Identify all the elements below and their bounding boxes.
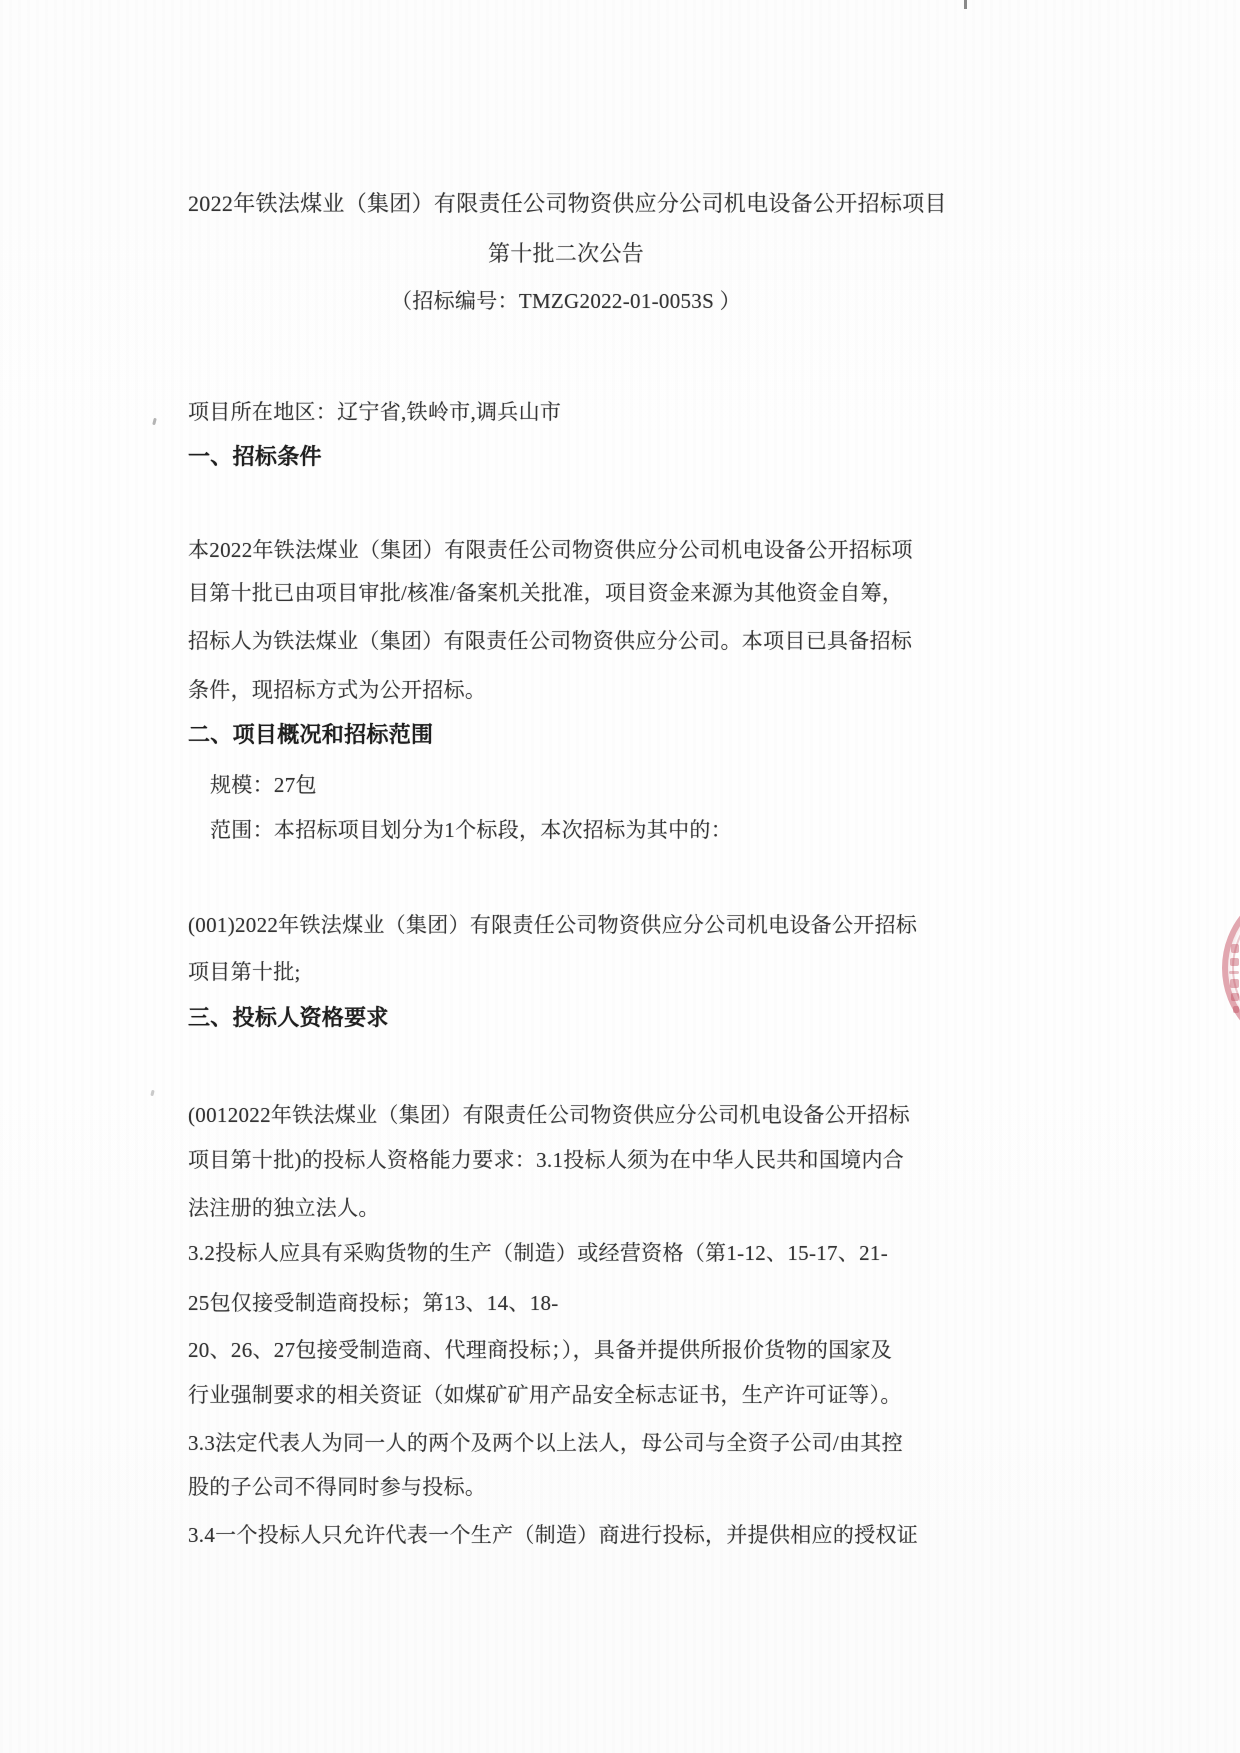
doc-line: 3.4一个投标人只允许代表一个生产（制造）商进行投标，并提供相应的授权证 xyxy=(188,1521,918,1549)
red-seal-text-fragment xyxy=(1233,1006,1239,1013)
red-seal-text-fragment xyxy=(1231,944,1239,953)
section-2-heading: 二、项目概况和招标范围 xyxy=(188,721,433,749)
section-3-heading: 三、投标人资格要求 xyxy=(188,1004,389,1032)
doc-line: 3.2投标人应具有采购货物的生产（制造）或经营资格（第1-12、15-17、21… xyxy=(188,1239,888,1267)
doc-line: 招标人为铁法煤业（集团）有限责任公司物资供应分公司。本项目已具备招标 xyxy=(188,627,912,655)
scope-line: 范围：本招标项目划分为1个标段，本次招标为其中的： xyxy=(210,816,732,844)
scanned-document-page: 2022年铁法煤业（集团）有限责任公司物资供应分公司机电设备公开招标项目 第十批… xyxy=(0,0,1240,1753)
doc-line: 本2022年铁法煤业（集团）有限责任公司物资供应分公司机电设备公开招标项 xyxy=(188,536,913,564)
red-seal-text-fragment xyxy=(1229,971,1239,974)
red-seal-text-fragment xyxy=(1231,993,1239,1001)
scan-speck xyxy=(150,1090,154,1097)
document-title-line-2: 第十批二次公告 xyxy=(188,240,944,268)
doc-line: 25包仅接受制造商投标；第13、14、18- xyxy=(188,1289,559,1317)
doc-line: 行业强制要求的相关资证（如煤矿矿用产品安全标志证书，生产许可证等）。 xyxy=(188,1381,902,1409)
red-seal-text-fragment xyxy=(1230,958,1239,966)
doc-line: 3.3法定代表人为同一人的两个及两个以上法人，母公司与全资子公司/由其控 xyxy=(188,1429,903,1457)
tender-number-line: （招标编号：TMZG2022-01-0053S ） xyxy=(188,287,944,315)
project-location-line: 项目所在地区：辽宁省,铁岭市,调兵山市 xyxy=(188,398,561,426)
scan-tick-mark xyxy=(964,0,967,9)
doc-line: 20、26、27包接受制造商、代理商投标；），具备并提供所报价货物的国家及 xyxy=(188,1336,892,1364)
doc-line: (0012022年铁法煤业（集团）有限责任公司物资供应分公司机电设备公开招标 xyxy=(188,1101,910,1129)
red-seal-text-fragment xyxy=(1230,979,1239,988)
doc-line: 项目第十批)的投标人资格能力要求：3.1投标人须为在中华人民共和国境内合 xyxy=(188,1146,904,1174)
scan-speck xyxy=(152,418,157,426)
doc-line: 法注册的独立法人。 xyxy=(188,1194,380,1222)
section-1-heading: 一、招标条件 xyxy=(188,443,322,471)
doc-line: 条件，现招标方式为公开招标。 xyxy=(188,676,486,704)
doc-line: 股的子公司不得同时参与投标。 xyxy=(188,1473,486,1501)
package-line: (001)2022年铁法煤业（集团）有限责任公司物资供应分公司机电设备公开招标 xyxy=(188,911,917,939)
doc-line: 目第十批已由项目审批/核准/备案机关批准，项目资金来源为其他资金自筹， xyxy=(188,579,903,607)
scale-line: 规模：27包 xyxy=(210,771,317,799)
package-line: 项目第十批; xyxy=(188,958,301,986)
document-title-line-1: 2022年铁法煤业（集团）有限责任公司物资供应分公司机电设备公开招标项目 xyxy=(188,190,944,218)
